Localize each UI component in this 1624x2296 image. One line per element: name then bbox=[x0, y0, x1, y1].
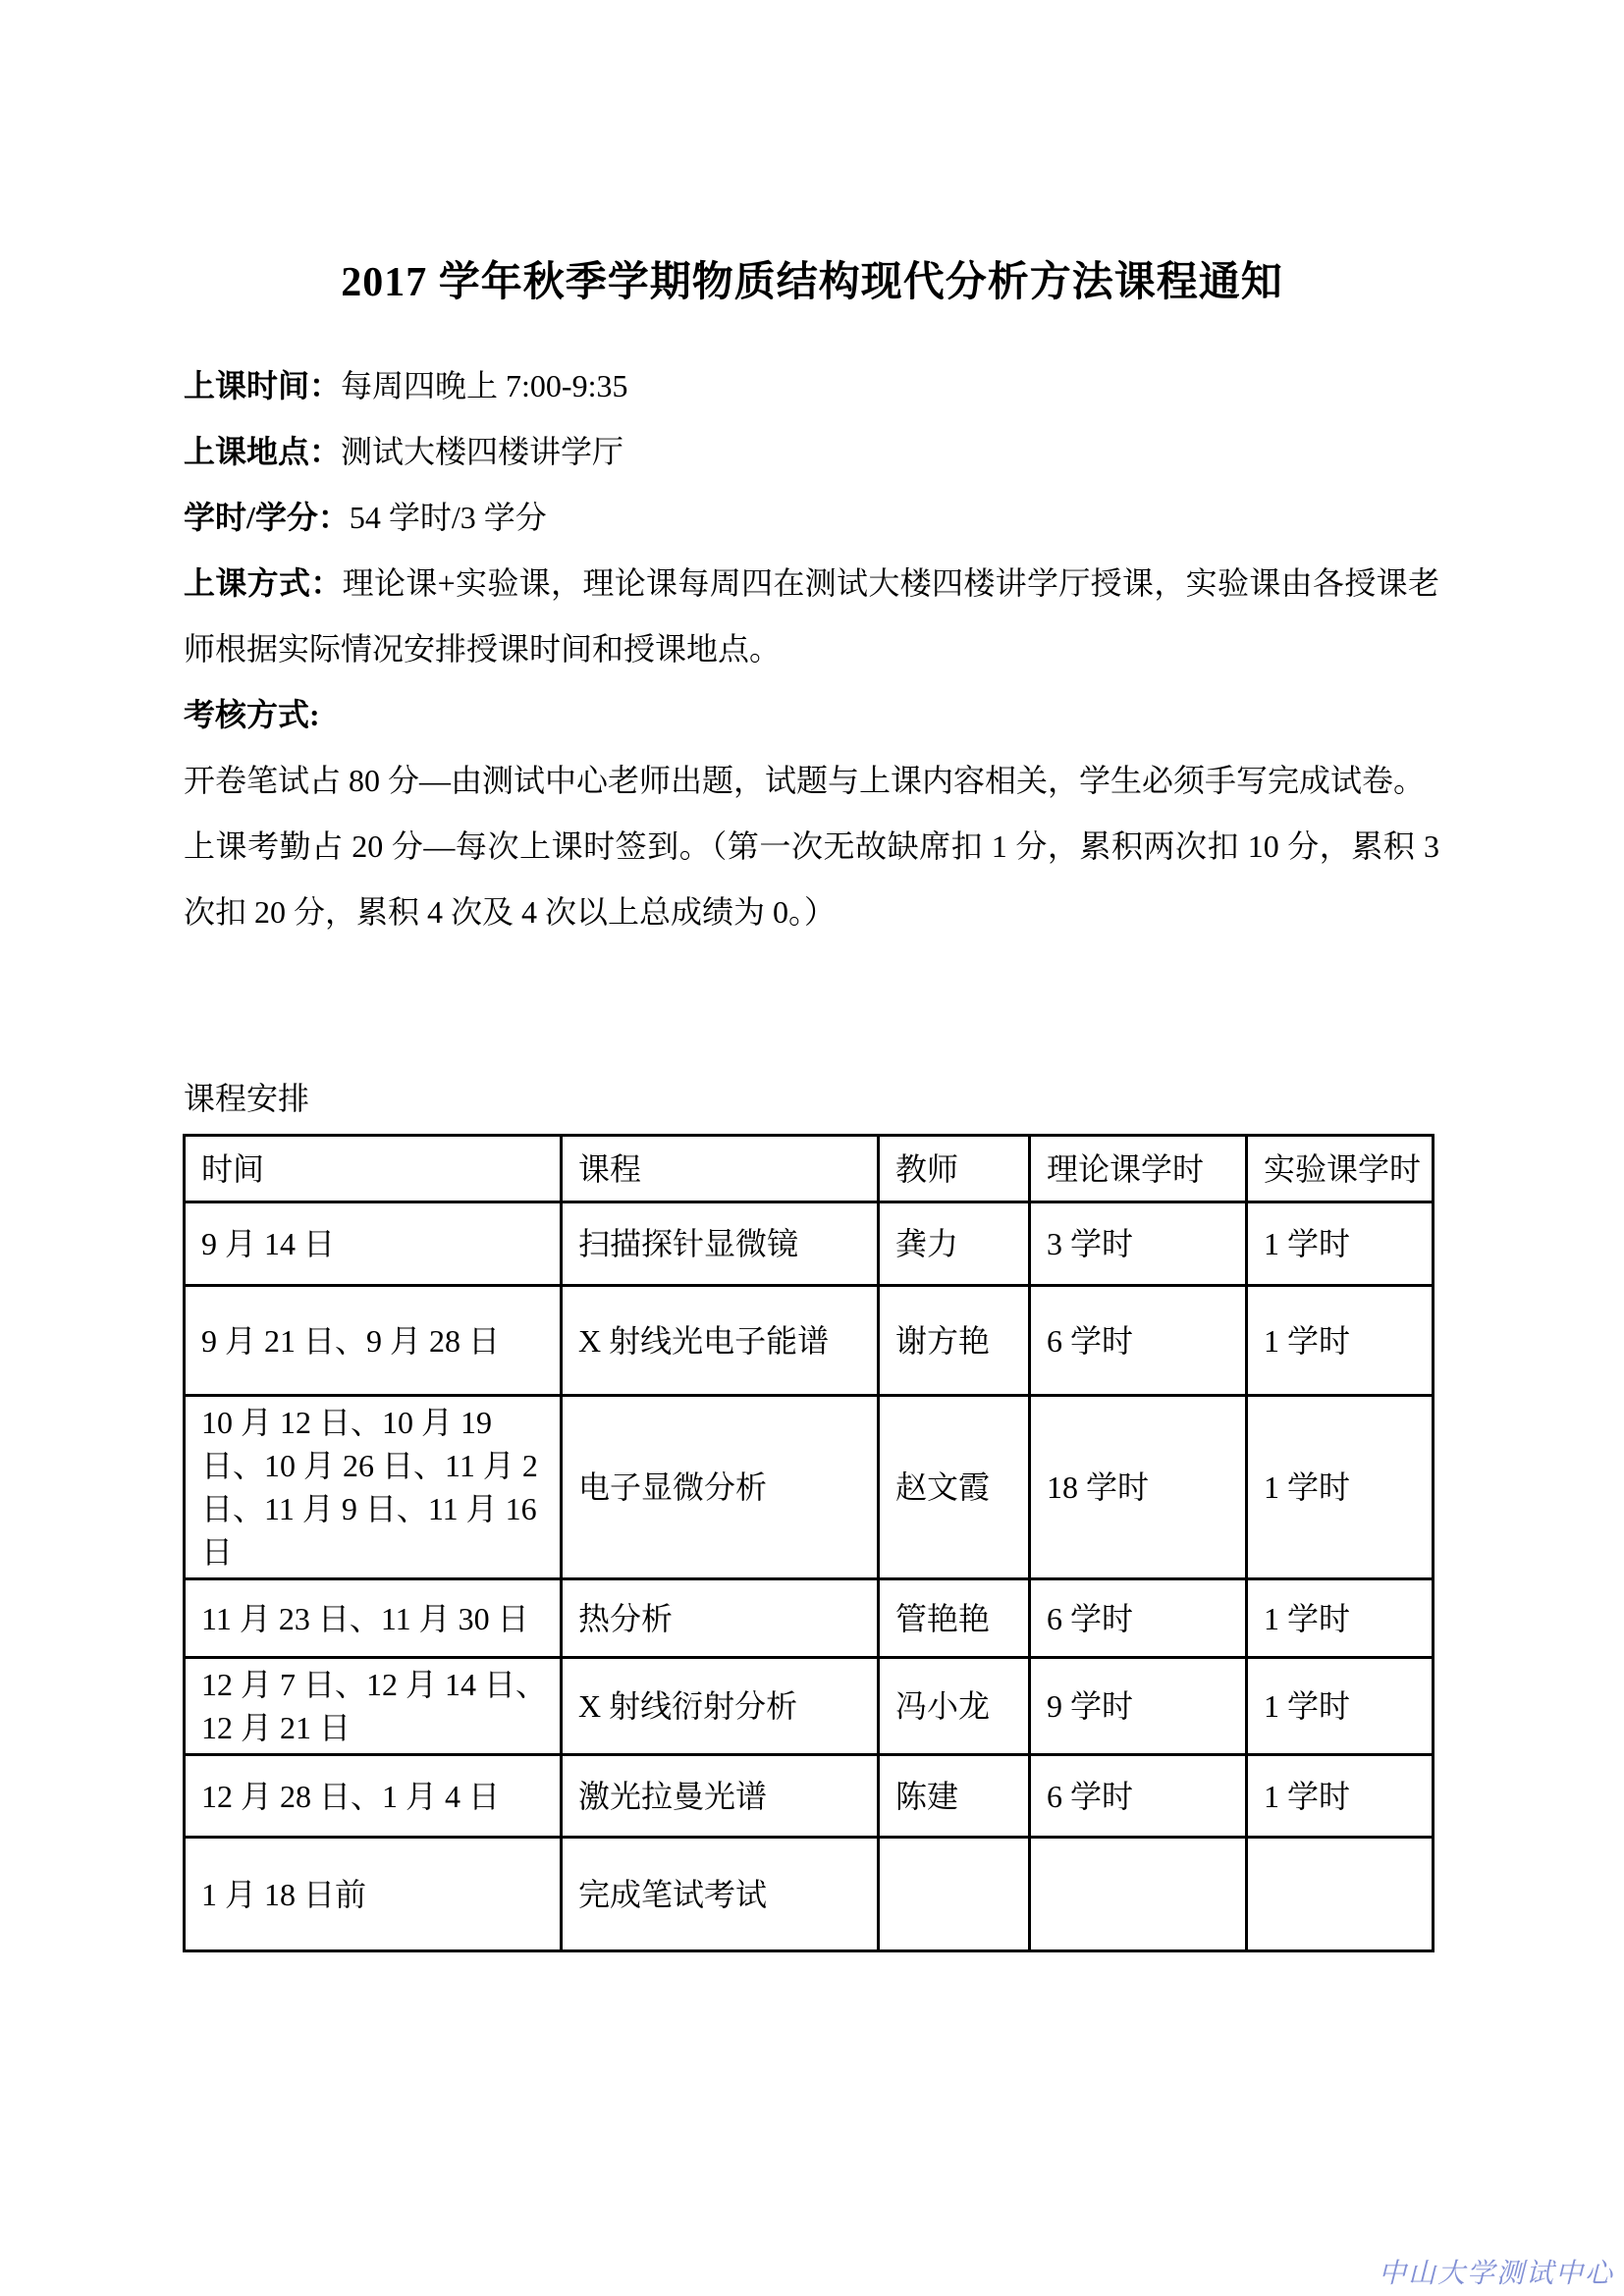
document-page: 2017 学年秋季学期物质结构现代分析方法课程通知 上课时间：每周四晚上 7:0… bbox=[0, 0, 1624, 2296]
table-cell-teacher bbox=[879, 1838, 1030, 1951]
table-cell-teacher: 赵文霞 bbox=[879, 1396, 1030, 1579]
table-cell-course: 扫描探针显微镜 bbox=[562, 1202, 879, 1286]
table-row: 11 月 23 日、11 月 30 日 热分析 管艳艳 6 学时 1 学时 bbox=[185, 1579, 1434, 1658]
info-line-credit-hours: 学时/学分：54 学时/3 学分 bbox=[184, 485, 1439, 551]
info-label-class-format: 上课方式： bbox=[184, 565, 343, 601]
info-value-class-time: 每周四晚上 7:00-9:35 bbox=[341, 368, 627, 403]
table-cell-teacher: 谢方艳 bbox=[879, 1286, 1030, 1396]
info-label-class-location: 上课地点： bbox=[184, 434, 341, 469]
table-cell-teacher: 管艳艳 bbox=[879, 1579, 1030, 1658]
schedule-heading: 课程安排 bbox=[184, 1074, 309, 1119]
table-cell-course: 激光拉曼光谱 bbox=[562, 1755, 879, 1838]
table-row: 9 月 14 日 扫描探针显微镜 龚力 3 学时 1 学时 bbox=[185, 1202, 1434, 1286]
table-cell-course: 完成笔试考试 bbox=[562, 1838, 879, 1951]
table-row: 1 月 18 日前 完成笔试考试 bbox=[185, 1838, 1434, 1951]
column-header-course: 课程 bbox=[562, 1136, 879, 1202]
info-line-class-time: 上课时间：每周四晚上 7:00-9:35 bbox=[184, 353, 1439, 419]
table-row: 9 月 21 日、9 月 28 日 X 射线光电子能谱 谢方艳 6 学时 1 学… bbox=[185, 1286, 1434, 1396]
table-cell-lab-hours: 1 学时 bbox=[1247, 1755, 1434, 1838]
table-cell-lab-hours: 1 学时 bbox=[1247, 1286, 1434, 1396]
table-cell-time: 10 月 12 日、10 月 19 日、10 月 26 日、11 月 2 日、1… bbox=[185, 1396, 562, 1579]
schedule-table: 时间 课程 教师 理论课学时 实验课学时 9 月 14 日 扫描探针显微镜 龚力… bbox=[183, 1134, 1435, 1952]
table-cell-teacher: 冯小龙 bbox=[879, 1658, 1030, 1755]
table-cell-time: 9 月 21 日、9 月 28 日 bbox=[185, 1286, 562, 1396]
assessment-paragraph-written-exam: 开卷笔试占 80 分—由测试中心老师出题，试题与上课内容相关，学生必须手写完成试… bbox=[184, 748, 1439, 814]
table-cell-theory-hours: 9 学时 bbox=[1030, 1658, 1247, 1755]
table-cell-time: 9 月 14 日 bbox=[185, 1202, 562, 1286]
table-cell-teacher: 陈建 bbox=[879, 1755, 1030, 1838]
info-value-class-format: 理论课+实验课，理论课每周四在测试大楼四楼讲学厅授课，实验课由各授课老师根据实际… bbox=[184, 565, 1439, 667]
column-header-teacher: 教师 bbox=[879, 1136, 1030, 1202]
column-header-theory-hours: 理论课学时 bbox=[1030, 1136, 1247, 1202]
table-cell-lab-hours: 1 学时 bbox=[1247, 1579, 1434, 1658]
table-cell-theory-hours: 3 学时 bbox=[1030, 1202, 1247, 1286]
table-row: 10 月 12 日、10 月 19 日、10 月 26 日、11 月 2 日、1… bbox=[185, 1396, 1434, 1579]
table-cell-course: 热分析 bbox=[562, 1579, 879, 1658]
table-cell-theory-hours: 6 学时 bbox=[1030, 1286, 1247, 1396]
info-value-credit-hours: 54 学时/3 学分 bbox=[350, 500, 547, 535]
table-cell-teacher: 龚力 bbox=[879, 1202, 1030, 1286]
table-cell-lab-hours: 1 学时 bbox=[1247, 1658, 1434, 1755]
table-cell-theory-hours: 18 学时 bbox=[1030, 1396, 1247, 1579]
table-cell-time: 1 月 18 日前 bbox=[185, 1838, 562, 1951]
table-cell-time: 12 月 28 日、1 月 4 日 bbox=[185, 1755, 562, 1838]
table-cell-course: X 射线衍射分析 bbox=[562, 1658, 879, 1755]
table-cell-lab-hours: 1 学时 bbox=[1247, 1202, 1434, 1286]
info-value-class-location: 测试大楼四楼讲学厅 bbox=[341, 434, 623, 469]
table-cell-course: X 射线光电子能谱 bbox=[562, 1286, 879, 1396]
info-line-class-location: 上课地点：测试大楼四楼讲学厅 bbox=[184, 419, 1439, 485]
page-title: 2017 学年秋季学期物质结构现代分析方法课程通知 bbox=[0, 249, 1624, 308]
table-cell-lab-hours bbox=[1247, 1838, 1434, 1951]
info-label-class-time: 上课时间： bbox=[184, 368, 341, 403]
watermark: 中山大学测试中心 bbox=[1379, 2252, 1614, 2291]
info-label-credit-hours: 学时/学分： bbox=[184, 500, 350, 535]
table-cell-theory-hours: 6 学时 bbox=[1030, 1755, 1247, 1838]
course-info-section: 上课时间：每周四晚上 7:00-9:35 上课地点：测试大楼四楼讲学厅 学时/学… bbox=[184, 353, 1439, 945]
assessment-heading: 考核方式: bbox=[184, 682, 1439, 748]
column-header-time: 时间 bbox=[185, 1136, 562, 1202]
table-cell-theory-hours: 6 学时 bbox=[1030, 1579, 1247, 1658]
table-cell-time: 11 月 23 日、11 月 30 日 bbox=[185, 1579, 562, 1658]
table-cell-course: 电子显微分析 bbox=[562, 1396, 879, 1579]
table-cell-theory-hours bbox=[1030, 1838, 1247, 1951]
table-cell-lab-hours: 1 学时 bbox=[1247, 1396, 1434, 1579]
table-cell-time: 12 月 7 日、12 月 14 日、12 月 21 日 bbox=[185, 1658, 562, 1755]
column-header-lab-hours: 实验课学时 bbox=[1247, 1136, 1434, 1202]
info-line-class-format: 上课方式：理论课+实验课，理论课每周四在测试大楼四楼讲学厅授课，实验课由各授课老… bbox=[184, 551, 1439, 682]
table-row: 12 月 28 日、1 月 4 日 激光拉曼光谱 陈建 6 学时 1 学时 bbox=[185, 1755, 1434, 1838]
table-header-row: 时间 课程 教师 理论课学时 实验课学时 bbox=[185, 1136, 1434, 1202]
assessment-paragraph-attendance: 上课考勤占 20 分—每次上课时签到。（第一次无故缺席扣 1 分，累积两次扣 1… bbox=[184, 814, 1439, 945]
table-row: 12 月 7 日、12 月 14 日、12 月 21 日 X 射线衍射分析 冯小… bbox=[185, 1658, 1434, 1755]
